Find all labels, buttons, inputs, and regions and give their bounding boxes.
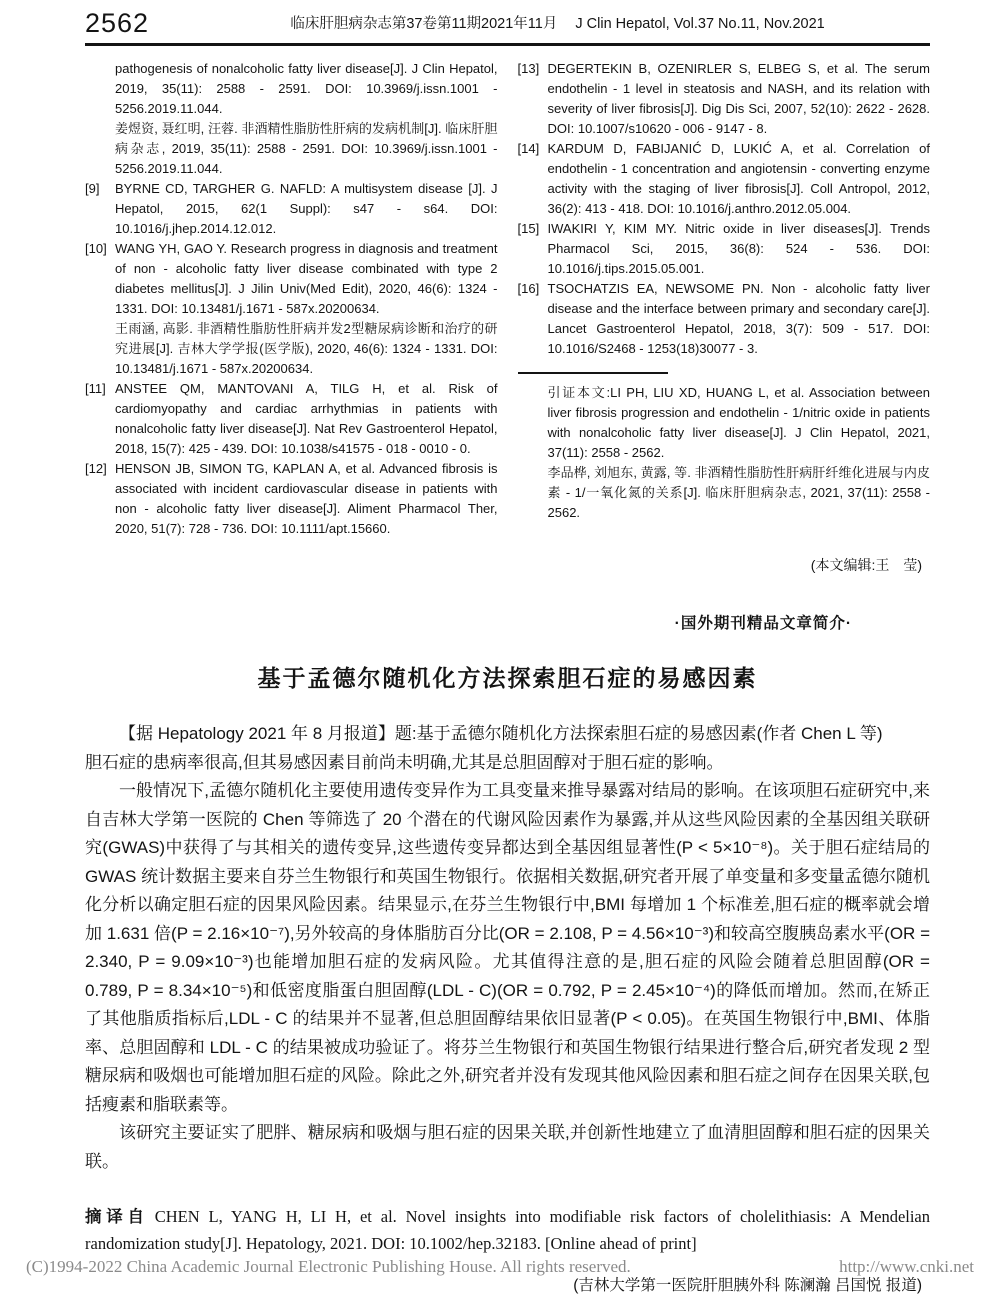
reference-text: KARDUM D, FABIJANIĆ D, LUKIĆ A, et al. C… <box>548 139 931 219</box>
reference-text: WANG YH, GAO Y. Research progress in dia… <box>115 239 498 319</box>
translation-source: 摘译自CHEN L, YANG H, LI H, et al. Novel in… <box>85 1203 930 1257</box>
reference-item: [10] WANG YH, GAO Y. Research progress i… <box>85 239 498 379</box>
citation-en: 引证本文:LI PH, LIU XD, HUANG L, et al. Asso… <box>548 383 931 463</box>
citation-divider <box>518 372 668 374</box>
journal-info-en: J Clin Hepatol, Vol.37 No.11, Nov.2021 <box>575 16 824 32</box>
article-paragraph: 该研究主要证实了肥胖、糖尿病和吸烟与胆石症的因果关联,并创新性地建立了血清胆固醇… <box>85 1119 930 1176</box>
reference-item: [14] KARDUM D, FABIJANIĆ D, LUKIĆ A, et … <box>518 139 931 219</box>
reference-item: [11] ANSTEE QM, MANTOVANI A, TILG H, et … <box>85 379 498 459</box>
journal-info-cn: 临床肝胆病杂志第37卷第11期2021年11月 <box>290 16 557 32</box>
reference-item: [13] DEGERTEKIN B, OZENIRLER S, ELBEG S,… <box>518 59 931 139</box>
reference-number: [13] <box>518 59 548 139</box>
reference-text: TSOCHATZIS EA, NEWSOME PN. Non - alcohol… <box>548 279 931 359</box>
translation-source-text: CHEN L, YANG H, LI H, et al. Novel insig… <box>85 1207 930 1253</box>
article-paragraph: 一般情况下,孟德尔随机化主要使用遗传变异作为工具变量来推导暴露对结局的影响。在该… <box>85 777 930 1119</box>
reference-text: IWAKIRI Y, KIM MY. Nitric oxide in liver… <box>548 219 931 279</box>
reference-text: pathogenesis of nonalcoholic fatty liver… <box>115 59 498 119</box>
reference-text: DEGERTEKIN B, OZENIRLER S, ELBEG S, et a… <box>548 59 931 139</box>
citation-block: 引证本文:LI PH, LIU XD, HUANG L, et al. Asso… <box>518 383 931 523</box>
reference-text-cn: 王雨涵, 高影. 非酒精性脂肪性肝病并发2型糖尿病诊断和治疗的研究进展[J]. … <box>115 319 498 379</box>
citation-label: 引证本文: <box>548 385 611 400</box>
article-paragraph: 胆石症的患病率很高,但其易感因素目前尚未明确,尤其是总胆固醇对于胆石症的影响。 <box>85 749 930 778</box>
article-body: 【据 Hepatology 2021 年 8 月报道】题:基于孟德尔随机化方法探… <box>85 720 930 1176</box>
reference-item: [12] HENSON JB, SIMON TG, KAPLAN A, et a… <box>85 459 498 539</box>
reference-number: [9] <box>85 179 115 239</box>
reference-number <box>85 59 115 179</box>
page-number: 2562 <box>85 8 149 38</box>
reference-number: [15] <box>518 219 548 279</box>
reference-number: [12] <box>85 459 115 539</box>
cnki-link[interactable]: http://www.cnki.net <box>839 1257 974 1277</box>
reference-number: [16] <box>518 279 548 359</box>
page-footer: (C)1994-2022 China Academic Journal Elec… <box>0 1257 1000 1277</box>
editor-note: (本文编辑:王 莹) <box>85 555 930 575</box>
reference-text: ANSTEE QM, MANTOVANI A, TILG H, et al. R… <box>115 379 498 459</box>
reference-item: [15] IWAKIRI Y, KIM MY. Nitric oxide in … <box>518 219 931 279</box>
reference-column-left: pathogenesis of nonalcoholic fatty liver… <box>85 59 498 539</box>
article-paragraph: 【据 Hepatology 2021 年 8 月报道】题:基于孟德尔随机化方法探… <box>85 720 930 749</box>
reference-number: [10] <box>85 239 115 379</box>
reference-list: pathogenesis of nonalcoholic fatty liver… <box>85 59 930 539</box>
journal-page: 2562 临床肝胆病杂志第37卷第11期2021年11月 J Clin Hepa… <box>0 0 1000 1299</box>
reference-column-right: [13] DEGERTEKIN B, OZENIRLER S, ELBEG S,… <box>518 59 931 539</box>
reference-text: BYRNE CD, TARGHER G. NAFLD: A multisyste… <box>115 179 498 239</box>
section-label: ·国外期刊精品文章简介· <box>85 611 930 633</box>
reference-number: [11] <box>85 379 115 459</box>
reference-text: HENSON JB, SIMON TG, KAPLAN A, et al. Ad… <box>115 459 498 539</box>
reference-text-cn: 姜煜资, 聂红明, 汪蓉. 非酒精性脂肪性肝病的发病机制[J]. 临床肝胆病杂志… <box>115 119 498 179</box>
reference-item: [9] BYRNE CD, TARGHER G. NAFLD: A multis… <box>85 179 498 239</box>
reference-number: [14] <box>518 139 548 219</box>
page-header: 2562 临床肝胆病杂志第37卷第11期2021年11月 J Clin Hepa… <box>85 0 930 46</box>
journal-info: 临床肝胆病杂志第37卷第11期2021年11月 J Clin Hepatol, … <box>185 14 930 38</box>
reference-item: [16] TSOCHATZIS EA, NEWSOME PN. Non - al… <box>518 279 931 359</box>
translation-source-label: 摘译自 <box>85 1207 149 1226</box>
article-title: 基于孟德尔随机化方法探索胆石症的易感因素 <box>85 660 930 693</box>
reference-item: pathogenesis of nonalcoholic fatty liver… <box>85 59 498 179</box>
citation-cn: 李品桦, 刘旭东, 黄露, 等. 非酒精性脂肪性肝病肝纤维化进展与内皮素 - 1… <box>548 463 931 523</box>
copyright-notice: (C)1994-2022 China Academic Journal Elec… <box>26 1257 631 1277</box>
